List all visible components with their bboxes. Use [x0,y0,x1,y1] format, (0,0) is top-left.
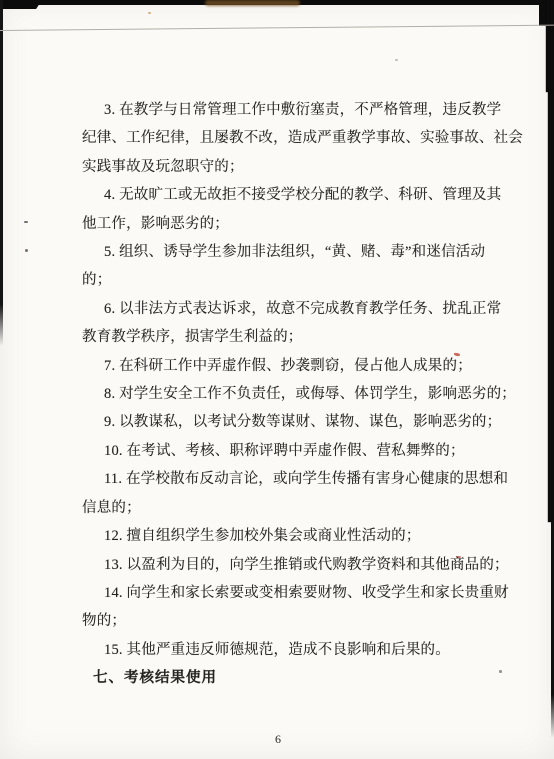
document-line: 5. 组织、诱导学生参加非法组织，“黄、赌、毒”和迷信活动 [82,238,523,266]
scan-border-topleft-wedge [0,0,42,9]
document-line: 物的； [82,607,523,635]
document-line: 9. 以教谋私，以考试分数等谋财、谋物、谋色，影响恶劣的； [82,408,523,436]
document-line: 15. 其他严重违反师德规范，造成不良影响和后果的。 [82,636,523,664]
document-line: 8. 对学生安全工作不负责任，或侮辱、体罚学生，影响恶劣的； [82,380,523,408]
document-body: 3. 在教学与日常管理工作中敷衍塞责，不严格管理，违反教学纪律、工作纪律，且屡教… [82,96,523,693]
page-edge-line [0,24,554,31]
dust-speck [148,12,151,14]
document-line: 11. 在学校散布反动言论，或向学生传播有害身心健康的思想和 [82,465,523,493]
document-line: 4. 无故旷工或无故拒不接受学校分配的教学、科研、管理及其 [82,181,523,209]
scan-border-right-mid [548,90,554,522]
document-line: 实践事故及玩忽职守的； [82,153,523,181]
scan-border-right-upper [546,0,554,92]
document-line: 10. 在考试、考核、职称评聘中弄虚作假、营私舞弊的； [82,437,523,465]
document-line: 12. 擅自组织学生参加校外集会或商业性活动的； [82,522,523,550]
document-line: 的； [82,266,523,294]
document-line: 信息的； [82,494,523,522]
document-line: 7. 在科研工作中弄虚作假、抄袭剽窃，侵占他人成果的； [82,352,523,380]
document-line: 13. 以盈利为目的，向学生推销或代购教学资料和其他商品的； [82,551,523,579]
document-line: 3. 在教学与日常管理工作中敷衍塞责，不严格管理，违反教学 [82,96,523,124]
section-heading: 七、考核结果使用 [82,664,523,692]
document-line: 14. 向学生和家长索要或变相索要财物、收受学生和家长贵重财 [82,579,523,607]
document-line: 纪律、工作纪律，且屡教不改，造成严重教学事故、实验事故、社会 [82,124,523,152]
dust-speck [24,221,28,223]
dust-speck [395,59,398,61]
dust-speck [25,249,28,252]
document-line: 他工作，影响恶劣的； [82,210,523,238]
page-number: 6 [266,732,290,747]
scan-border-left [0,0,3,346]
scan-smudge-brown [205,0,300,6]
scan-border-right-lower [551,520,554,738]
scanned-document-page: 3. 在教学与日常管理工作中敷衍塞责，不严格管理，违反教学纪律、工作纪律，且屡教… [0,0,554,759]
document-line: 6. 以非法方式表达诉求，故意不完成教育教学任务、扰乱正常 [82,295,523,323]
document-line: 教育教学秩序，损害学生利益的； [82,323,523,351]
